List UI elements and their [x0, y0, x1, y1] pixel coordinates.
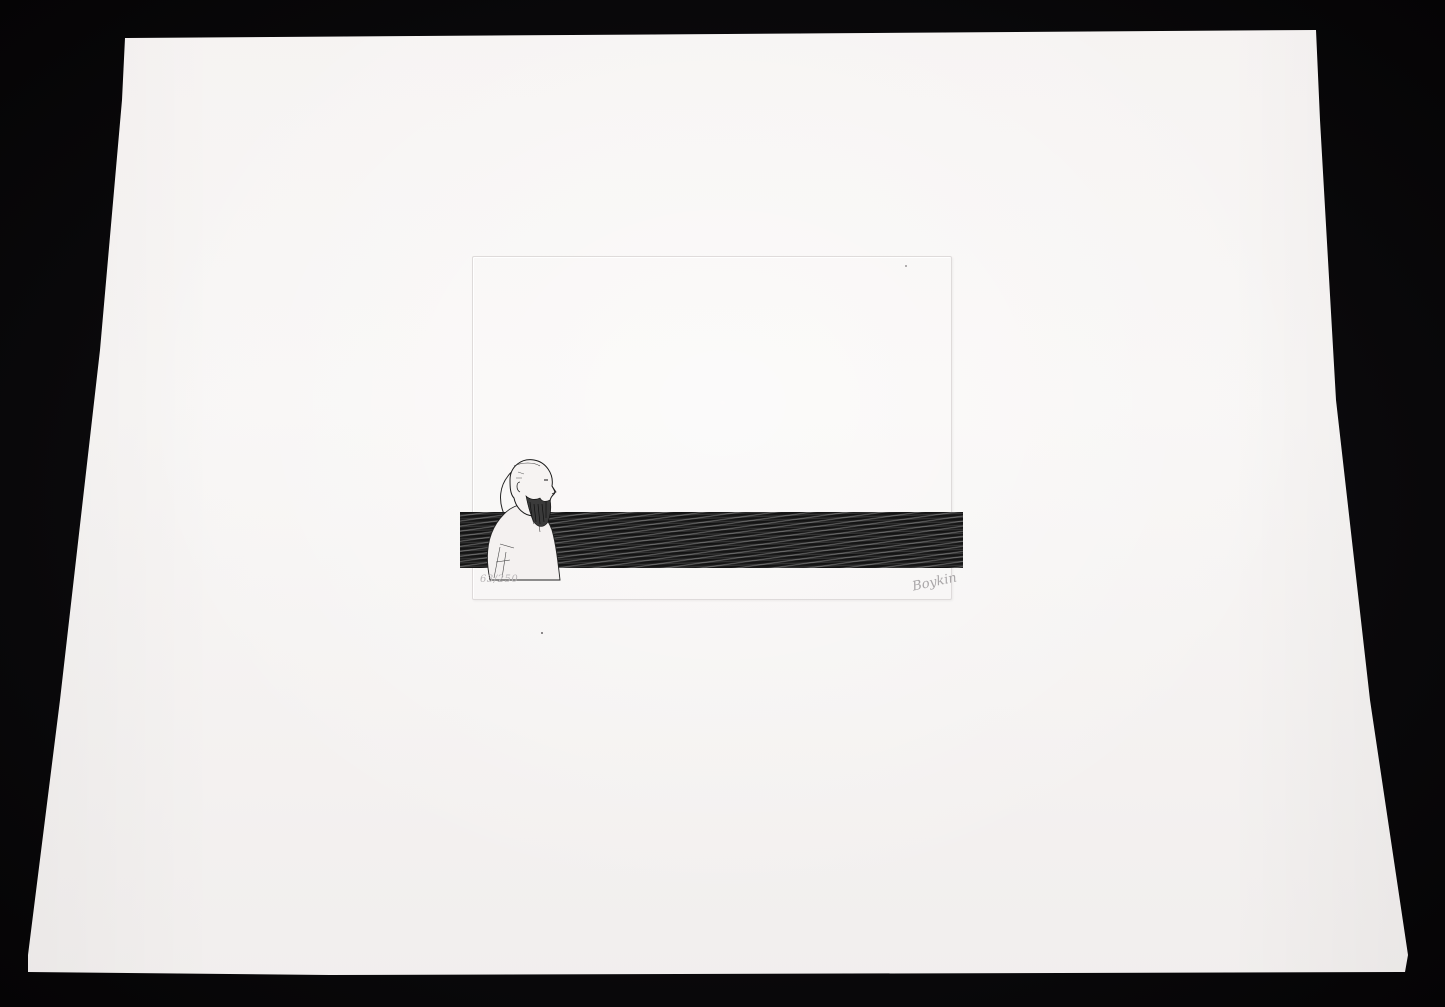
edition-number: 63/250	[480, 574, 518, 585]
paper-speck	[905, 265, 907, 267]
paper-speck	[541, 632, 543, 634]
bearded-man-figure	[470, 452, 580, 582]
